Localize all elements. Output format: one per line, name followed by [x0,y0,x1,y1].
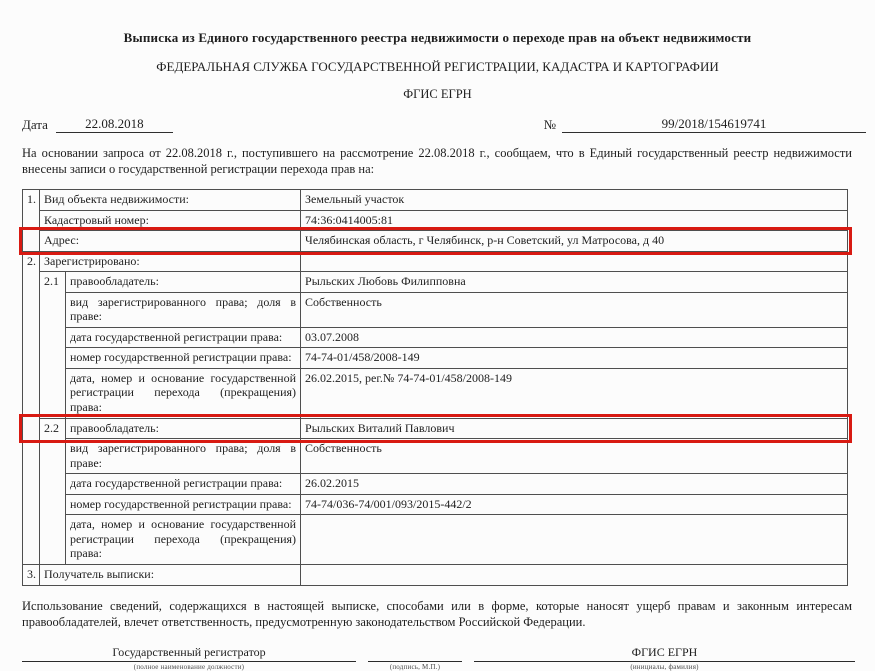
stamp-signature: (подпись, М.П.) [368,646,462,671]
row-label: номер государственной регистрации права: [66,494,301,515]
fgis-signature-caption: (инициалы, фамилия) [474,663,855,671]
owner-2-2-row-highlighted: 2.2 правообладатель: Рыльских Виталий Па… [23,418,848,439]
meta-row: Дата 22.08.2018 № 99/2018/154619741 [22,116,866,133]
row-value: 74-74/036-74/001/093/2015-442/2 [301,494,848,515]
row-value: Челябинская область, г Челябинск, р-н Со… [301,231,848,252]
warning-paragraph: Использование сведений, содержащихся в н… [22,598,852,630]
number-value: 99/2018/154619741 [562,116,866,133]
row-value [301,565,848,586]
row-label: Вид объекта недвижимости: [40,190,301,211]
agency-name: ФЕДЕРАЛЬНАЯ СЛУЖБА ГОСУДАРСТВЕННОЙ РЕГИС… [0,59,875,75]
table-row: 1. Вид объекта недвижимости: Земельный у… [23,190,848,211]
row-value: Рыльских Виталий Павлович [301,418,848,439]
date-label: Дата [22,117,48,133]
row-value: Рыльских Любовь Филипповна [301,272,848,293]
subsection-number: 2.2 [40,418,66,565]
row-label: правообладатель: [66,418,301,439]
signature-block: Государственный регистратор (полное наим… [22,645,855,671]
document-title: Выписка из Единого государственного реес… [0,0,875,46]
table-row: 2. Зарегистрировано: [23,251,848,272]
table-row: Кадастровый номер: 74:36:0414005:81 [23,210,848,231]
table-row: вид зарегистрированного права; доля в пр… [23,439,848,474]
row-label: вид зарегистрированного права; доля в пр… [66,292,301,327]
row-label: Зарегистрировано: [40,251,301,272]
section-number: 1. [23,190,40,252]
row-value [301,251,848,272]
row-label: Адрес: [40,231,301,252]
table-row: дата государственной регистрации права: … [23,327,848,348]
row-label: вид зарегистрированного права; доля в пр… [66,439,301,474]
row-label: правообладатель: [66,272,301,293]
table-row: дата государственной регистрации права: … [23,474,848,495]
fgis-signature-line: ФГИС ЕГРН [474,645,855,662]
row-value: 74:36:0414005:81 [301,210,848,231]
intro-paragraph: На основании запроса от 22.08.2018 г., п… [22,145,852,177]
registrar-signature: Государственный регистратор (полное наим… [22,645,356,671]
table-row: дата, номер и основание государственной … [23,368,848,418]
row-label: Кадастровый номер: [40,210,301,231]
subsection-number: 2.1 [40,272,66,419]
row-value [301,515,848,565]
section-number: 3. [23,565,40,586]
row-label: номер государственной регистрации права: [66,348,301,369]
number-label: № [544,117,556,133]
fgis-signature: ФГИС ЕГРН (инициалы, фамилия) [474,645,855,671]
system-name: ФГИС ЕГРН [0,87,875,102]
row-label: дата, номер и основание государственной … [66,368,301,418]
address-row-highlighted: Адрес: Челябинская область, г Челябинск,… [23,231,848,252]
row-value: 26.02.2015, рег.№ 74-74-01/458/2008-149 [301,368,848,418]
row-label: Получатель выписки: [40,565,301,586]
row-value: 03.07.2008 [301,327,848,348]
row-value: Собственность [301,292,848,327]
row-label: дата государственной регистрации права: [66,474,301,495]
date-value: 22.08.2018 [56,116,173,133]
row-label: дата, номер и основание государственной … [66,515,301,565]
stamp-signature-line [368,646,462,662]
table-row: 3. Получатель выписки: [23,565,848,586]
section-number: 2. [23,251,40,565]
row-value: 74-74-01/458/2008-149 [301,348,848,369]
row-value: Земельный участок [301,190,848,211]
row-value: 26.02.2015 [301,474,848,495]
table-row: номер государственной регистрации права:… [23,348,848,369]
table-row: номер государственной регистрации права:… [23,494,848,515]
table-row: вид зарегистрированного права; доля в пр… [23,292,848,327]
row-value: Собственность [301,439,848,474]
registrar-signature-line: Государственный регистратор [22,645,356,662]
table-row: 2.1 правообладатель: Рыльских Любовь Фил… [23,272,848,293]
row-label: дата государственной регистрации права: [66,327,301,348]
document-page: Выписка из Единого государственного реес… [0,0,875,671]
stamp-signature-caption: (подпись, М.П.) [368,663,462,671]
registration-table: 1. Вид объекта недвижимости: Земельный у… [22,189,848,586]
registrar-signature-caption: (полное наименование должности) [22,663,356,671]
table-row: дата, номер и основание государственной … [23,515,848,565]
